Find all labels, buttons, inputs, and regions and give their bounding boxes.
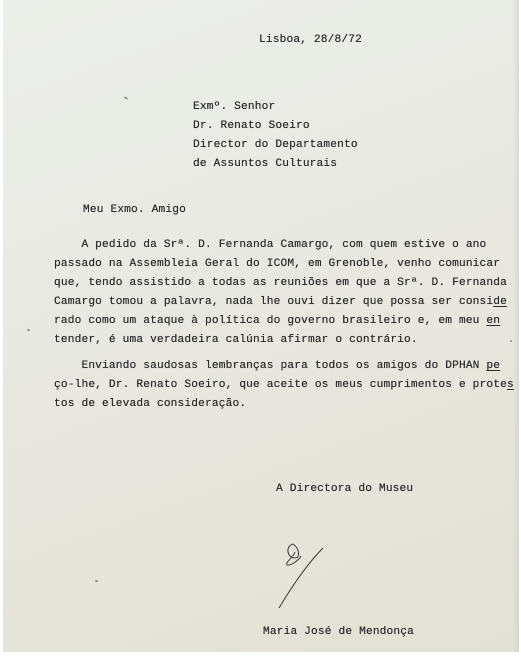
- paragraph-2-line: Enviando saudosas lembranças para todos …: [54, 360, 500, 372]
- line-text: Camargo tomou a palavra, nada lhe ouvi d…: [54, 296, 493, 308]
- handwritten-signature-icon: [271, 538, 351, 618]
- paragraph-1-line: que, tendo assistido a todas as reuniões…: [54, 277, 507, 289]
- closing: A Directora do Museu: [276, 483, 413, 495]
- recipient-position: Director do Departamento: [193, 139, 358, 151]
- line-text: ço-lhe, Dr. Renato Soeiro, que aceite os…: [54, 379, 507, 391]
- recipient-name: Dr. Renato Soeiro: [193, 120, 310, 132]
- paragraph-1-line: rado como um ataque à política do govern…: [54, 315, 500, 327]
- letter-page: Lisboa, 28/8/72 Exmº. Senhor Dr. Renato …: [3, 0, 519, 652]
- paper-speck: [95, 580, 98, 582]
- underlined-hyphenation: s: [507, 379, 514, 391]
- paragraph-1-line: Camargo tomou a palavra, nada lhe ouvi d…: [54, 296, 507, 308]
- underlined-hyphenation: en: [486, 315, 500, 327]
- paper-speck: [510, 340, 512, 342]
- line-text: rado como um ataque à política do govern…: [54, 315, 486, 327]
- recipient-department: de Assuntos Culturais: [193, 158, 337, 170]
- paragraph-1-line: A pedido da Srª. D. Fernanda Camargo, co…: [54, 239, 486, 251]
- paragraph-1-line: passado na Assembleia Geral do ICOM, em …: [54, 258, 500, 270]
- paper-speck: [27, 329, 30, 331]
- place-date: Lisboa, 28/8/72: [259, 34, 362, 46]
- paragraph-2-line: ço-lhe, Dr. Renato Soeiro, que aceite os…: [54, 379, 514, 391]
- paragraph-1-line: tender, é uma verdadeira calúnia afirmar…: [54, 334, 418, 346]
- recipient-title: Exmº. Senhor: [193, 101, 275, 113]
- signatory-name: Maria José de Mendonça: [263, 626, 414, 638]
- paragraph-2-line: tos de elevada consideração.: [54, 398, 246, 410]
- line-text: Enviando saudosas lembranças para todos …: [54, 360, 486, 372]
- underlined-hyphenation: de: [493, 296, 507, 308]
- underlined-hyphenation: pe: [486, 360, 500, 372]
- paper-speck: [124, 96, 128, 100]
- salutation: Meu Exmo. Amigo: [83, 204, 186, 216]
